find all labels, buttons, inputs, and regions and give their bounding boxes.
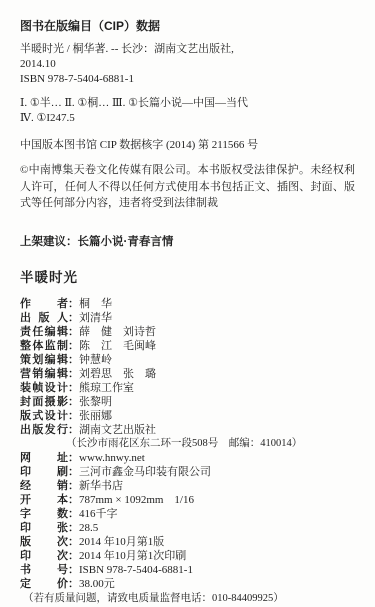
- field-colon: ：: [68, 508, 79, 520]
- field-colon: ：: [68, 550, 79, 562]
- colophon-row-responsible-editor: 责任编辑：薛 健 刘诗哲: [20, 325, 355, 339]
- colophon-row-publishing-house: 出版发行：湖南文艺出版社: [20, 423, 355, 437]
- field-value: 张丽娜: [79, 410, 112, 422]
- colophon-row-cover-design: 装帧设计：熊琼工作室: [20, 381, 355, 395]
- cip-entry-line: 半暖时光 / 桐华著. -- 长沙：湖南文艺出版社,: [20, 42, 355, 57]
- field-label: 定价: [20, 577, 68, 591]
- colophon-row-cover-photo: 封面摄影：张黎明: [20, 395, 355, 409]
- field-label: 出版人: [20, 311, 68, 325]
- field-value: www.hnwy.net: [79, 452, 145, 464]
- field-colon: ：: [68, 424, 79, 436]
- cip-block: 图书在版编目（CIP）数据 半暖时光 / 桐华著. -- 长沙：湖南文艺出版社,…: [20, 19, 355, 153]
- field-label: 书号: [20, 563, 68, 577]
- field-value: 28.5: [79, 522, 98, 534]
- field-value: 38.00元: [79, 578, 115, 590]
- copyright-notice: ©中南博集天卷文化传媒有限公司。本书版权受法律保护。未经权利人许可，任何人不得以…: [20, 162, 355, 212]
- field-colon: ：: [68, 312, 79, 324]
- field-value: 2014 年10月第1版: [79, 536, 164, 548]
- field-colon: ：: [68, 298, 79, 310]
- field-value: 刘清华: [79, 312, 112, 324]
- field-colon: ：: [68, 480, 79, 492]
- copyright-page: 图书在版编目（CIP）数据 半暖时光 / 桐华著. -- 长沙：湖南文艺出版社,…: [0, 0, 375, 607]
- shelving-suggestion: 上架建议：长篇小说·青春言情: [20, 235, 355, 249]
- book-title: 半暖时光: [20, 270, 355, 286]
- colophon: 作者：桐 华 出版人：刘清华 责任编辑：薛 健 刘诗哲 整体监制：陈 江 毛闽峰…: [20, 297, 355, 606]
- field-colon: ：: [68, 564, 79, 576]
- field-label: 整体监制: [20, 339, 68, 353]
- colophon-row-marketing-editor: 营销编辑：刘碧思 张 璐: [20, 367, 355, 381]
- field-label: 印次: [20, 549, 68, 563]
- field-label: 印张: [20, 521, 68, 535]
- quality-hotline-note: （若有质量问题，请致电质量监督电话：010-84409925）: [20, 592, 355, 606]
- field-colon: ：: [68, 354, 79, 366]
- colophon-row-format: 开本：787mm × 1092mm 1/16: [20, 493, 355, 507]
- field-colon: ：: [68, 340, 79, 352]
- field-label: 策划编辑: [20, 353, 68, 367]
- field-label: 印刷: [20, 465, 68, 479]
- colophon-row-website: 网址：www.hnwy.net: [20, 451, 355, 465]
- colophon-row-planning-editor: 策划编辑：钟慧岭: [20, 353, 355, 367]
- field-colon: ：: [68, 536, 79, 548]
- field-value: 416千字: [79, 508, 118, 520]
- colophon-row-publisher-person: 出版人：刘清华: [20, 311, 355, 325]
- field-label: 出版发行: [20, 423, 68, 437]
- field-value: 三河市鑫金马印装有限公司: [79, 466, 211, 478]
- colophon-row-distributor: 经销：新华书店: [20, 479, 355, 493]
- field-value: 新华书店: [79, 480, 123, 492]
- field-label: 封面摄影: [20, 395, 68, 409]
- colophon-row-layout-design: 版式设计：张丽娜: [20, 409, 355, 423]
- cip-heading: 图书在版编目（CIP）数据: [20, 19, 355, 33]
- field-label: 责任编辑: [20, 325, 68, 339]
- field-colon: ：: [68, 452, 79, 464]
- cip-entry-line: ISBN 978-7-5404-6881-1: [20, 72, 355, 87]
- colophon-row-isbn: 书号：ISBN 978-7-5404-6881-1: [20, 563, 355, 577]
- field-value: （长沙市雨花区东二环一段508号 邮编：410014）: [66, 438, 302, 449]
- field-label: 网址: [20, 451, 68, 465]
- field-colon: ：: [68, 522, 79, 534]
- field-label: 版次: [20, 535, 68, 549]
- field-value: 张黎明: [79, 396, 112, 408]
- field-value: 2014 年10月第1次印刷: [79, 550, 186, 562]
- field-colon: ：: [68, 494, 79, 506]
- field-colon: ：: [68, 396, 79, 408]
- colophon-row-edition: 版次：2014 年10月第1版: [20, 535, 355, 549]
- field-label: 装帧设计: [20, 381, 68, 395]
- field-colon: ：: [68, 466, 79, 478]
- colophon-row-printing: 印次：2014 年10月第1次印刷: [20, 549, 355, 563]
- colophon-row-sheets: 印张：28.5: [20, 521, 355, 535]
- field-label: 经销: [20, 479, 68, 493]
- field-label: 版式设计: [20, 409, 68, 423]
- field-value: 湖南文艺出版社: [79, 424, 156, 436]
- field-colon: ：: [68, 326, 79, 338]
- field-value: 桐 华: [79, 298, 112, 310]
- colophon-row-word-count: 字数：416千字: [20, 507, 355, 521]
- field-value: 薛 健 刘诗哲: [79, 326, 156, 338]
- cip-classification: Ⅰ. ①半… Ⅱ. ①桐… Ⅲ. ①长篇小说—中国—当代 Ⅳ. ①I247.5: [20, 96, 355, 126]
- field-label: 字数: [20, 507, 68, 521]
- field-value: 刘碧思 张 璐: [79, 368, 156, 380]
- field-colon: ：: [68, 410, 79, 422]
- colophon-row-supervisor: 整体监制：陈 江 毛闽峰: [20, 339, 355, 353]
- colophon-row-price: 定价：38.00元: [20, 577, 355, 591]
- field-colon: ：: [68, 578, 79, 590]
- cip-classification-line: Ⅰ. ①半… Ⅱ. ①桐… Ⅲ. ①长篇小说—中国—当代: [20, 96, 355, 111]
- cip-entry: 半暖时光 / 桐华著. -- 长沙：湖南文艺出版社, 2014.10 ISBN …: [20, 42, 355, 87]
- field-value: 787mm × 1092mm 1/16: [79, 494, 194, 506]
- colophon-row-printer: 印刷：三河市鑫金马印装有限公司: [20, 465, 355, 479]
- field-colon: ：: [68, 382, 79, 394]
- field-value: 钟慧岭: [79, 354, 112, 366]
- publisher-address: （长沙市雨花区东二环一段508号 邮编：410014）: [20, 437, 355, 451]
- field-value: 熊琼工作室: [79, 382, 134, 394]
- field-label: 营销编辑: [20, 367, 68, 381]
- cip-classification-line: Ⅳ. ①I247.5: [20, 111, 355, 126]
- field-label: 作者: [20, 297, 68, 311]
- cip-registry-line: 中国版本图书馆 CIP 数据核字 (2014) 第 211566 号: [20, 138, 355, 153]
- field-value: 陈 江 毛闽峰: [79, 340, 156, 352]
- field-colon: ：: [68, 368, 79, 380]
- cip-entry-line: 2014.10: [20, 57, 355, 72]
- field-label: 开本: [20, 493, 68, 507]
- field-value: ISBN 978-7-5404-6881-1: [79, 564, 193, 576]
- colophon-row-author: 作者：桐 华: [20, 297, 355, 311]
